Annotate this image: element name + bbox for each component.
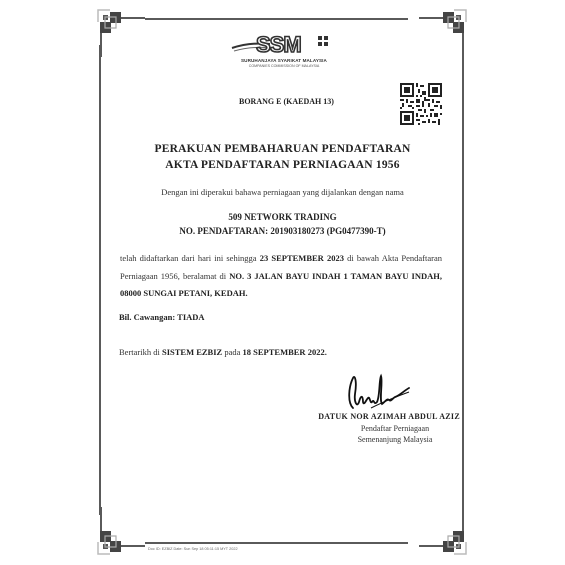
business-name: 509 NETWORK TRADING [100, 212, 465, 222]
qr-code-icon [400, 83, 442, 125]
signatory-role: Pendaftar Perniagaan [340, 424, 450, 433]
border-right [462, 45, 464, 515]
body-prefix: telah didaftarkan dari hari ini sehingga [120, 253, 260, 263]
logo-name-en: COMPANIES COMMISSION OF MALAYSIA [236, 64, 332, 68]
expiry-date: 23 SEPTEMBER 2023 [260, 253, 344, 263]
signature-icon [343, 372, 413, 414]
corner-ornament-icon [96, 8, 146, 58]
dated-line: Bertarikh di SISTEM EZBIZ pada 18 SEPTEM… [119, 347, 327, 357]
certificate-page: SSM SURUHANJAYA SYARIKAT MALAYSIA COMPAN… [0, 0, 565, 565]
intro-text: Dengan ini diperakui bahawa perniagaan y… [100, 187, 465, 197]
dated-middle: pada [222, 347, 242, 357]
logo-name-ms: SURUHANJAYA SYARIKAT MALAYSIA [236, 58, 332, 63]
signatory-region: Semenanjung Malaysia [340, 435, 450, 444]
svg-text:SSM: SSM [256, 32, 301, 57]
dated-prefix: Bertarikh di [119, 347, 162, 357]
signatory-name: DATUK NOR AZIMAH ABDUL AZIZ [300, 412, 460, 421]
issue-date: 18 SEPTEMBER 2022. [243, 347, 327, 357]
registration-paragraph: telah didaftarkan dari hari ini sehingga… [120, 250, 442, 303]
ssm-logo-icon: SSM [230, 28, 335, 76]
registration-number: NO. PENDAFTARAN: 201903180273 (PG0477390… [100, 226, 465, 236]
border-top [145, 18, 408, 20]
branch-count: Bil. Cawangan: TIADA [119, 312, 205, 322]
form-reference: BORANG E (KAEDAH 13) [239, 97, 334, 106]
border-left [99, 45, 101, 515]
border-bottom [145, 542, 408, 544]
certificate-subtitle: AKTA PENDAFTARAN PERNIAGAAN 1956 [100, 159, 465, 171]
corner-ornament-icon [96, 506, 146, 556]
issuing-system: SISTEM EZBIZ [162, 347, 222, 357]
certificate-title: PERAKUAN PEMBAHARUAN PENDAFTARAN [100, 143, 465, 155]
corner-ornament-icon [418, 506, 468, 556]
document-footer: Doc ID: EZBIZ Date: Sun Sep 18 05:11:15 … [148, 547, 238, 551]
corner-ornament-icon [418, 8, 468, 58]
